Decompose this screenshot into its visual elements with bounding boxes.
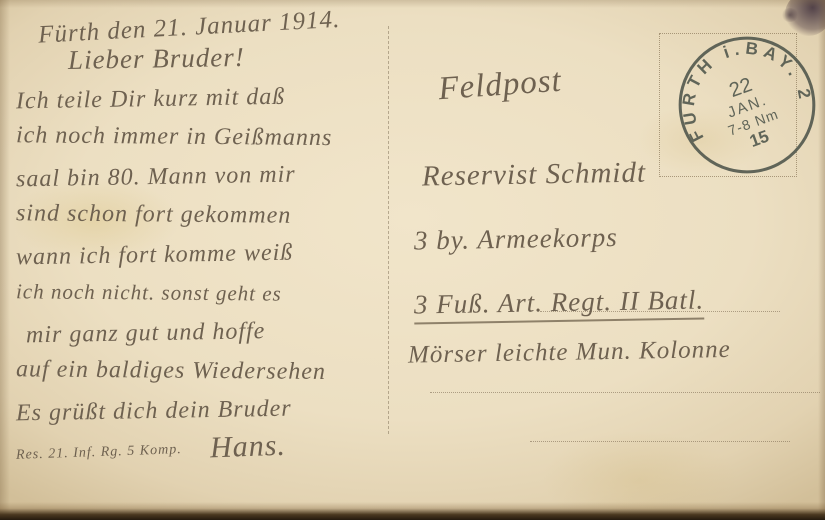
message-line: Es grüßt dich dein Bruder xyxy=(16,388,409,434)
message-line: ich noch nicht. sonst geht es xyxy=(16,272,408,314)
message-line: ich noch immer in Geißmanns xyxy=(16,116,408,158)
ink-smudge xyxy=(781,8,799,22)
signature-row: Res. 21. Inf. Rg. 5 Komp. Hans. xyxy=(16,430,408,470)
message-line: wann ich fort komme weiß xyxy=(16,232,409,278)
worn-edge xyxy=(818,0,825,520)
message-line: auf ein baldiges Wiedersehen xyxy=(16,350,408,392)
postcard-scan: Fürth den 21. Januar 1914. Lieber Bruder… xyxy=(0,0,825,520)
worn-edge xyxy=(0,0,10,520)
postmark-stamp: FÜRTH i.BAY. 2 22 JAN. 7-8 Nm 15 xyxy=(658,16,825,194)
address-column-line: Mörser leichte Mun. Kolonne xyxy=(408,334,818,369)
address-regiment-line: 3 Fuß. Art. Regt. II Batl. xyxy=(414,284,705,324)
message-panel: Fürth den 21. Januar 1914. Lieber Bruder… xyxy=(16,6,408,470)
message-line: mir ganz gut und hoffe xyxy=(26,310,409,356)
printed-guide-line xyxy=(430,392,820,393)
worn-edge xyxy=(0,502,825,520)
message-line: sind schon fort gekommen xyxy=(16,194,408,236)
salutation: Lieber Bruder! xyxy=(68,39,408,76)
address-corps-line: 3 by. Armeekorps xyxy=(414,218,818,256)
signature: Hans. xyxy=(209,429,286,466)
message-line: Ich teile Dir kurz mit daß xyxy=(16,76,409,122)
unit-note: Res. 21. Inf. Rg. 5 Komp. xyxy=(16,442,182,464)
worn-edge xyxy=(0,0,825,8)
printed-guide-line xyxy=(530,441,790,442)
message-line: saal bin 80. Mann von mir xyxy=(16,154,409,200)
postmark-date-block: 22 JAN. 7-8 Nm 15 xyxy=(712,69,787,157)
printed-guide-line xyxy=(540,311,780,312)
